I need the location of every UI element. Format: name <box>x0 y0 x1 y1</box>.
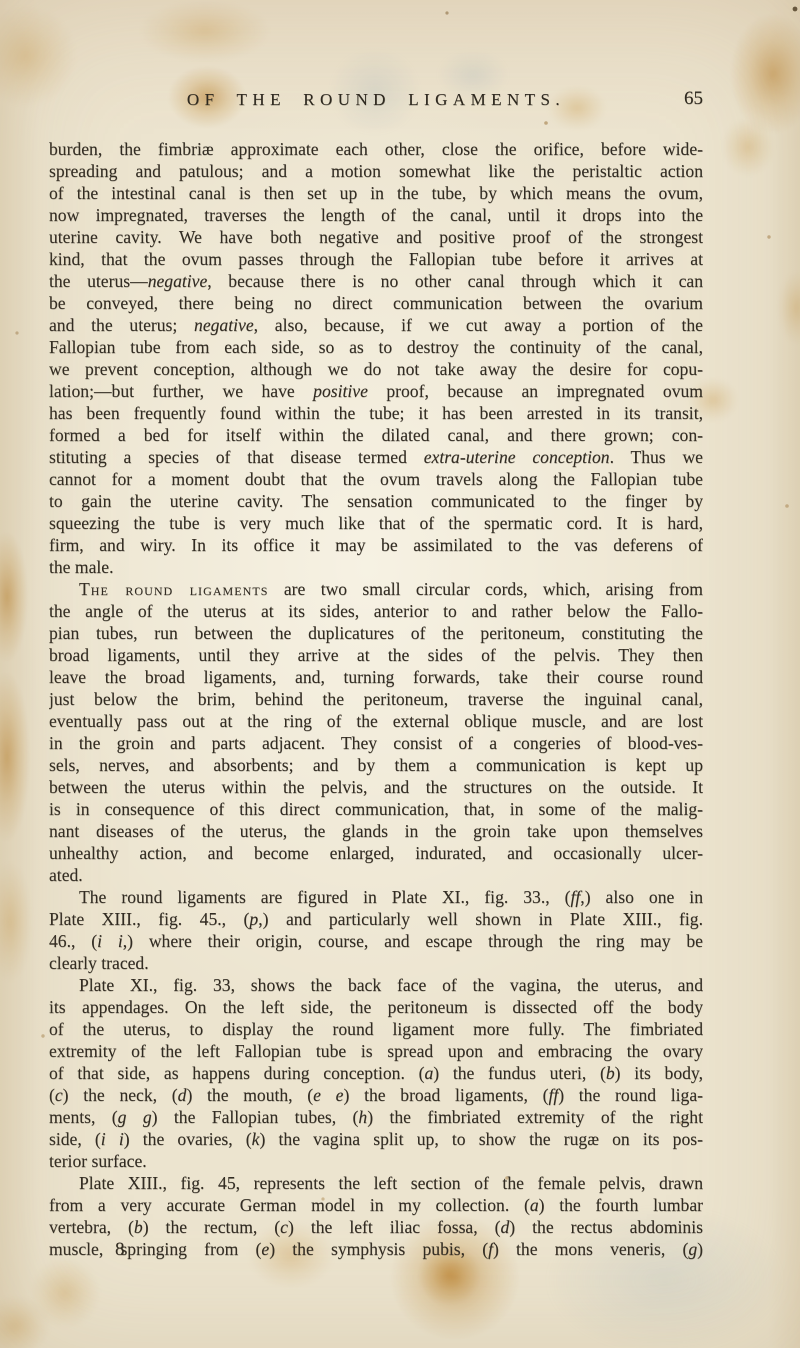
text-line: ments, (g g) the Fallopian tubes, (h) th… <box>49 1106 703 1128</box>
text-segment: we prevent conception, although we do no… <box>49 359 703 379</box>
text-line: 46., (i i,) where their origin, course, … <box>49 930 703 952</box>
text-segment: between the uterus within the pelvis, an… <box>49 777 703 797</box>
text-segment: ) the rectum, ( <box>143 1217 280 1237</box>
stain <box>0 672 30 842</box>
text-line: kind, that the ovum passes through the F… <box>49 248 703 270</box>
italic-text: d <box>500 1217 509 1237</box>
page-header: OF THE ROUND LIGAMENTS. 65 <box>49 90 703 114</box>
text-segment: ) the round liga- <box>558 1085 703 1105</box>
text-segment: vertebra, ( <box>49 1217 134 1237</box>
text-segment: terior surface. <box>49 1151 147 1171</box>
text-line: of the uterus, to display the round liga… <box>49 1018 703 1040</box>
paragraph: The round ligaments are figured in Plate… <box>49 886 703 974</box>
text-line: pian tubes, run between the duplicatures… <box>49 622 703 644</box>
paragraph: The round ligaments are two small circul… <box>49 578 703 886</box>
text-segment: the uterus— <box>49 271 148 291</box>
italic-text: g <box>688 1239 697 1259</box>
text-segment: its appendages. On the left side, the pe… <box>49 997 703 1017</box>
italic-text: extra-uterine conception <box>424 447 610 467</box>
text-line: broad ligaments, until they arrive at th… <box>49 644 703 666</box>
text-segment: ,) also one in <box>580 887 703 907</box>
text-segment: ) the fundus uteri, ( <box>433 1063 606 1083</box>
text-line: muscle, springing from (e) the symphysis… <box>49 1238 703 1260</box>
signature-mark: 8 <box>115 1239 125 1261</box>
text-segment: unhealthy action, and become enlarged, i… <box>49 843 703 863</box>
text-line: the male. <box>49 556 703 578</box>
text-segment: ) the fourth lumbar <box>539 1195 703 1215</box>
text-segment: now impregnated, traverses the length of… <box>49 205 703 225</box>
text-segment: proof, because an impregnated ovum <box>368 381 703 401</box>
text-segment: ) its body, <box>615 1063 703 1083</box>
italic-text: positive <box>313 381 368 401</box>
text-line: burden, the fimbriæ approximate each oth… <box>49 138 703 160</box>
text-segment: squeezing the tube is very much like tha… <box>49 513 703 533</box>
text-line: we prevent conception, although we do no… <box>49 358 703 380</box>
text-line: eventually pass out at the ring of the e… <box>49 710 703 732</box>
italic-text: a <box>530 1195 539 1215</box>
text-segment: ated. <box>49 865 83 885</box>
italic-text: ff <box>571 887 581 907</box>
text-line: side, (i i) the ovaries, (k) the vagina … <box>49 1128 703 1150</box>
text-line: Fallopian tube from each side, so as to … <box>49 336 703 358</box>
text-line: in the groin and parts adjacent. They co… <box>49 732 703 754</box>
text-line: Plate XIII., fig. 45, represents the lef… <box>49 1172 703 1194</box>
paragraph: Plate XIII., fig. 45, represents the lef… <box>49 1172 703 1260</box>
text-segment: ) the fimbriated extremity of the right <box>367 1107 703 1127</box>
stain <box>722 118 774 176</box>
page-number: 65 <box>684 88 703 110</box>
text-segment: spreading and patulous; and a motion som… <box>49 161 703 181</box>
italic-text: b <box>606 1063 615 1083</box>
text-segment: Plate XIII., fig. 45., ( <box>49 909 249 929</box>
stain <box>0 862 32 982</box>
text-line: Plate XI., fig. 33, shows the back face … <box>49 974 703 996</box>
text-line: the uterus—negative, because there is no… <box>49 270 703 292</box>
text-line: ated. <box>49 864 703 886</box>
text-line: vertebra, (b) the rectum, (c) the left i… <box>49 1216 703 1238</box>
text-line: has been frequently found within the tub… <box>49 402 703 424</box>
text-segment: , also, because, if we cut away a portio… <box>254 315 703 335</box>
text-segment: of the intestinal canal is then set up i… <box>49 183 703 203</box>
text-segment: ) the broad ligaments, ( <box>344 1085 549 1105</box>
text-line: uterine cavity. We have both negative an… <box>49 226 703 248</box>
text-segment: formed a bed for itself within the dilat… <box>49 425 703 445</box>
text-segment: Plate XI., fig. 33, shows the back face … <box>79 975 703 995</box>
text-segment: burden, the fimbriæ approximate each oth… <box>49 139 703 159</box>
paragraph: burden, the fimbriæ approximate each oth… <box>49 138 703 578</box>
text-segment: lation;—but further, we have <box>49 381 313 401</box>
italic-text: g g <box>118 1107 152 1127</box>
text-line: just below the brim, behind the peritone… <box>49 688 703 710</box>
text-segment: side, ( <box>49 1129 101 1149</box>
italic-text: negative <box>194 315 254 335</box>
italic-text: negative <box>148 271 208 291</box>
text-line: the angle of the uterus at its sides, an… <box>49 600 703 622</box>
book-page: OF THE ROUND LIGAMENTS. 65 burden, the f… <box>0 0 800 1348</box>
text-line: nant diseases of the uterus, the glands … <box>49 820 703 842</box>
text-segment: cannot for a moment doubt that the ovum … <box>49 469 703 489</box>
text-segment: extremity of the left Fallopian tube is … <box>49 1041 703 1061</box>
text-segment: uterine cavity. We have both negative an… <box>49 227 703 247</box>
text-line: its appendages. On the left side, the pe… <box>49 996 703 1018</box>
stain <box>140 0 270 62</box>
text-segment: has been frequently found within the tub… <box>49 403 703 423</box>
text-segment: of that side, as happens during concepti… <box>49 1063 424 1083</box>
text-segment: stituting a species of that disease term… <box>49 447 424 467</box>
text-segment: ) the mouth, ( <box>186 1085 313 1105</box>
italic-text: b <box>134 1217 143 1237</box>
text-line: squeezing the tube is very much like tha… <box>49 512 703 534</box>
text-line: sels, nerves, and absorbents; and by the… <box>49 754 703 776</box>
text-line: leave the broad ligaments, and, turning … <box>49 666 703 688</box>
text-segment: firm, and wiry. In its office it may be … <box>49 535 703 555</box>
text-line: stituting a species of that disease term… <box>49 446 703 468</box>
text-segment: ) the vagina split up, to show the rugæ … <box>259 1129 703 1149</box>
text-segment: in the groin and parts adjacent. They co… <box>49 733 703 753</box>
text-line: formed a bed for itself within the dilat… <box>49 424 703 446</box>
text-line: lation;—but further, we have positive pr… <box>49 380 703 402</box>
text-line: now impregnated, traverses the length of… <box>49 204 703 226</box>
text-segment: ) the rectus abdominis <box>509 1217 703 1237</box>
paper-specks <box>0 0 2 2</box>
text-segment: Fallopian tube from each side, so as to … <box>49 337 703 357</box>
text-line: of the intestinal canal is then set up i… <box>49 182 703 204</box>
text-segment: . Thus we <box>610 447 703 467</box>
text-segment: nant diseases of the uterus, the glands … <box>49 821 703 841</box>
italic-text: i i <box>97 931 123 951</box>
text-segment: muscle, springing from ( <box>49 1239 261 1259</box>
text-line: Plate XIII., fig. 45., (p,) and particul… <box>49 908 703 930</box>
text-segment: to gain the uterine cavity. The sensatio… <box>49 491 703 511</box>
text-segment: The round ligaments are figured in Plate… <box>79 887 571 907</box>
text-segment: ) the ovaries, ( <box>124 1129 252 1149</box>
text-line: firm, and wiry. In its office it may be … <box>49 534 703 556</box>
italic-text: ff <box>548 1085 558 1105</box>
text-segment: the male. <box>49 557 113 577</box>
text-segment: 46., ( <box>49 931 97 951</box>
body-text: burden, the fimbriæ approximate each oth… <box>49 138 703 1260</box>
text-segment: just below the brim, behind the peritone… <box>49 689 703 709</box>
text-line: cannot for a moment doubt that the ovum … <box>49 468 703 490</box>
text-line: (c) the neck, (d) the mouth, (e e) the b… <box>49 1084 703 1106</box>
text-segment: sels, nerves, and absorbents; and by the… <box>49 755 703 775</box>
text-segment: are two small circular cords, which, ari… <box>269 579 703 599</box>
text-line: The round ligaments are two small circul… <box>49 578 703 600</box>
stain <box>730 14 800 134</box>
text-line: clearly traced. <box>49 952 703 974</box>
stain <box>0 532 28 662</box>
text-segment: ,) and particularly well shown in Plate … <box>258 909 703 929</box>
text-segment: ) the Fallopian tubes, ( <box>152 1107 359 1127</box>
text-segment: eventually pass out at the ring of the e… <box>49 711 703 731</box>
text-line: The round ligaments are figured in Plate… <box>49 886 703 908</box>
text-segment: clearly traced. <box>49 953 149 973</box>
italic-text: h <box>358 1107 367 1127</box>
running-title: OF THE ROUND LIGAMENTS. <box>49 90 703 110</box>
text-segment: , because there is no other canal throug… <box>207 271 703 291</box>
text-line: from a very accurate German model in my … <box>49 1194 703 1216</box>
text-segment: pian tubes, run between the duplicatures… <box>49 623 703 643</box>
stain <box>0 1296 50 1348</box>
stain <box>778 272 800 344</box>
italic-text: p <box>249 909 258 929</box>
small-caps-text: The round ligaments <box>79 579 269 599</box>
text-line: of that side, as happens during concepti… <box>49 1062 703 1084</box>
text-line: spreading and patulous; and a motion som… <box>49 160 703 182</box>
text-segment: Plate XIII., fig. 45, represents the lef… <box>79 1173 703 1193</box>
text-line: is in consequence of this direct communi… <box>49 798 703 820</box>
italic-text: c <box>55 1085 63 1105</box>
text-line: between the uterus within the pelvis, an… <box>49 776 703 798</box>
italic-text: c <box>280 1217 288 1237</box>
text-segment: of the uterus, to display the round liga… <box>49 1019 703 1039</box>
text-line: unhealthy action, and become enlarged, i… <box>49 842 703 864</box>
italic-text: i i <box>101 1129 124 1149</box>
text-line: be conveyed, there being no direct commu… <box>49 292 703 314</box>
paragraph: Plate XI., fig. 33, shows the back face … <box>49 974 703 1172</box>
text-segment: and the uterus; <box>49 315 194 335</box>
text-line: extremity of the left Fallopian tube is … <box>49 1040 703 1062</box>
text-segment: is in consequence of this direct communi… <box>49 799 703 819</box>
stain <box>30 1258 100 1328</box>
text-segment: kind, that the ovum passes through the F… <box>49 249 703 269</box>
text-line: and the uterus; negative, also, because,… <box>49 314 703 336</box>
text-line: terior surface. <box>49 1150 703 1172</box>
text-segment: the angle of the uterus at its sides, an… <box>49 601 703 621</box>
text-segment: be conveyed, there being no direct commu… <box>49 293 703 313</box>
text-line: to gain the uterine cavity. The sensatio… <box>49 490 703 512</box>
italic-text: e e <box>313 1085 343 1105</box>
text-segment: broad ligaments, until they arrive at th… <box>49 645 703 665</box>
text-segment: leave the broad ligaments, and, turning … <box>49 667 703 687</box>
text-segment: ) the symphysis pubis, ( <box>269 1239 488 1259</box>
text-segment: ) the left iliac fossa, ( <box>288 1217 501 1237</box>
text-segment: ) the mons veneris, ( <box>493 1239 688 1259</box>
italic-text: a <box>424 1063 433 1083</box>
text-segment: ments, ( <box>49 1107 118 1127</box>
text-segment: ,) where their origin, course, and escap… <box>123 931 703 951</box>
text-segment: from a very accurate German model in my … <box>49 1195 530 1215</box>
text-segment: ) <box>697 1239 703 1259</box>
text-segment: ) the neck, ( <box>63 1085 178 1105</box>
